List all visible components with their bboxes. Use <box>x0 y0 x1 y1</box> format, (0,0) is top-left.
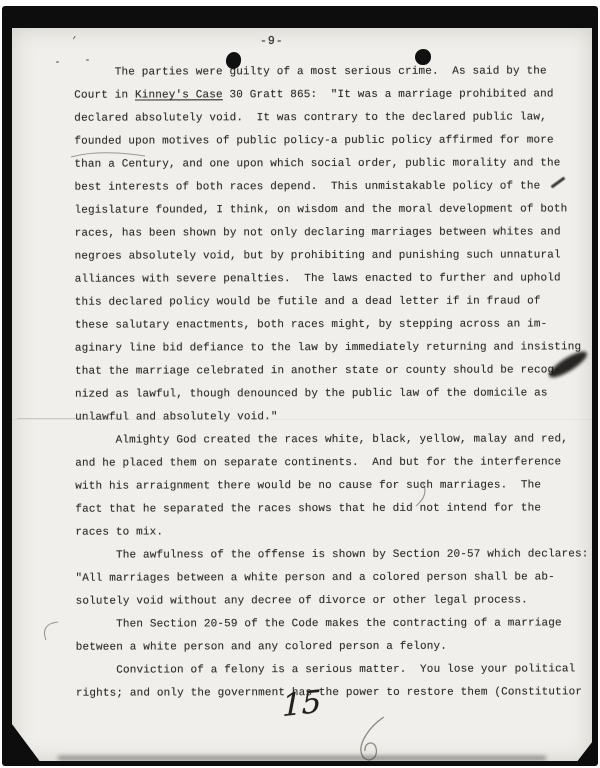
handwritten-page-number: 15 <box>282 684 321 724</box>
text-line: rights; and only the government has the … <box>76 681 592 705</box>
text-line: negroes absolutely void, but by prohibit… <box>75 244 591 268</box>
text-line: unlawful and absolutely void." <box>75 405 591 429</box>
text-line: aginary line bid defiance to the law by … <box>75 336 591 360</box>
text-line: races, has been shown by not only declar… <box>75 221 591 245</box>
page-number: -9- <box>260 35 284 48</box>
text-line: Almighty God created the races white, bl… <box>75 428 591 452</box>
text-line: this declared policy would be futile and… <box>75 290 591 314</box>
pencil-tick-mark: ’ <box>69 35 78 48</box>
text-line: alliances with severe penalties. The law… <box>75 267 591 291</box>
text-line: races to mix. <box>75 520 591 544</box>
pen-arc-mark <box>38 618 62 644</box>
text-line: legislature founded, I think, on wisdom … <box>75 198 591 222</box>
text-line: best interests of both races depend. Thi… <box>74 175 590 199</box>
text-line: than a Century, and one upon which socia… <box>74 152 590 176</box>
pen-arc-mark <box>410 480 430 510</box>
text-line: that the marriage celebrated in another … <box>75 359 591 383</box>
text-line: with his arraignment there would be no c… <box>75 474 591 498</box>
text-line: fact that he separated the races shows t… <box>75 497 591 521</box>
page-edge-shadow <box>58 756 545 760</box>
fold-crease <box>12 419 592 420</box>
text-line: declared absolutely void. It was contrar… <box>74 106 590 130</box>
text-line: Court in Kinney's Case 30 Gratt 865: "It… <box>74 83 590 107</box>
text-line: these salutary enactments, both races mi… <box>75 313 591 337</box>
text-line: founded upon motives of public policy-a … <box>74 129 590 153</box>
document-lines: The parties were guilty of a most seriou… <box>74 60 592 705</box>
text-line: Conviction of a felony is a serious matt… <box>76 658 592 682</box>
scanned-document-page: -9- ’ The parties were guilty of a most … <box>12 28 592 761</box>
text-line: solutely void without any decree of divo… <box>76 589 592 613</box>
text-line: "All marriages between a white person an… <box>75 566 591 590</box>
text-line: nized as lawful, though denounced by the… <box>75 382 591 406</box>
text-line: and he placed them on separate continent… <box>75 451 591 475</box>
text-line: between a white person and any colored p… <box>76 635 592 659</box>
text-line: The awfulness of the offense is shown by… <box>75 543 591 567</box>
text-line: Then Section 20-59 of the Code makes the… <box>76 612 592 636</box>
pencil-dot-mark <box>56 61 59 63</box>
text-line: The parties were guilty of a most seriou… <box>74 60 590 84</box>
